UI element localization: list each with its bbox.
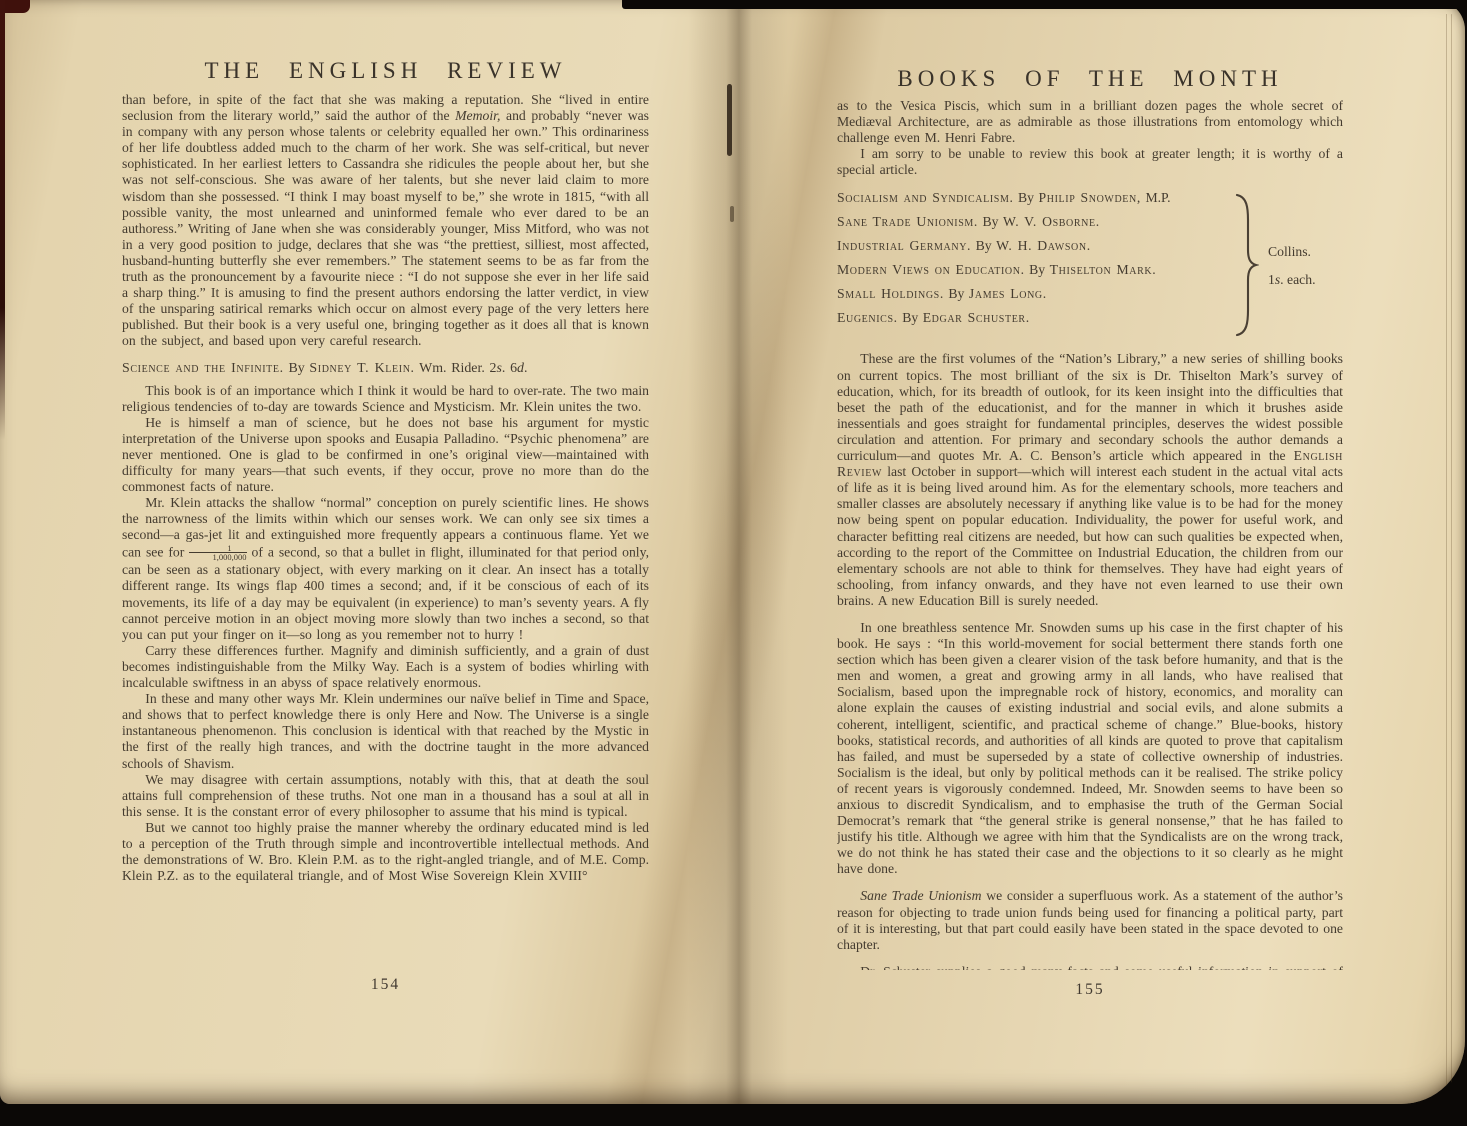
paragraph: I am sorry to be unable to review this b… [837, 146, 1343, 178]
book-list-item: Small Holdings. By James Long. [837, 287, 1233, 302]
brace-icon [1233, 191, 1259, 339]
paragraph: This book is of an importance which I th… [122, 383, 649, 415]
book-list-item: Sane Trade Unionism. By W. V. Osborne. [837, 215, 1233, 230]
right-page-reviews: These are the first volumes of the “Nati… [837, 351, 1343, 970]
paragraph: Dr. Schuster supplies a good many facts … [837, 964, 1343, 970]
paragraph: In these and many other ways Mr. Klein u… [122, 691, 649, 771]
page-edges [1442, 14, 1456, 1086]
paragraph: But we cannot too highly praise the mann… [122, 820, 649, 884]
review-heading: Science and the Infinite. By Sidney T. K… [122, 361, 649, 377]
cover-edge [0, 0, 5, 440]
page-title: BOOKS OF THE MONTH [837, 66, 1343, 92]
page-title: THE ENGLISH REVIEW [122, 58, 649, 84]
fraction: 11,000,000 [189, 544, 246, 563]
publisher-label: Collins. [1268, 244, 1343, 259]
paragraph: In one breathless sentence Mr. Snowden s… [837, 620, 1343, 878]
book-list-items: Socialism and Syndicalism. By Philip Sno… [837, 191, 1233, 339]
paragraph: Mr. Klein attacks the shallow “normal” c… [122, 495, 649, 643]
paragraph: than before, in spite of the fact that s… [122, 92, 649, 350]
left-page-body: than before, in spite of the fact that s… [122, 92, 649, 968]
book-list-item: Socialism and Syndicalism. By Philip Sno… [837, 191, 1233, 206]
paragraph: We may disagree with certain assumptions… [122, 772, 649, 820]
right-page-intro: as to the Vesica Piscis, which sum in a … [837, 98, 1343, 178]
paragraph: Carry these differences further. Magnify… [122, 643, 649, 691]
left-page: THE ENGLISH REVIEW than before, in spite… [0, 0, 733, 1104]
right-page: BOOKS OF THE MONTH as to the Vesica Pisc… [733, 0, 1467, 1104]
paragraph: Sane Trade Unionism we consider a superf… [837, 888, 1343, 952]
book-list: Socialism and Syndicalism. By Philip Sno… [837, 191, 1343, 339]
binding-stitch-small [730, 206, 734, 222]
imprint: Collins. 1s. each. [1259, 191, 1343, 339]
book-list-item: Industrial Germany. By W. H. Dawson. [837, 239, 1233, 254]
book-spread: THE ENGLISH REVIEW than before, in spite… [0, 0, 1465, 1104]
paragraph: These are the first volumes of the “Nati… [837, 351, 1343, 609]
book-list-item: Eugenics. By Edgar Schuster. [837, 311, 1233, 326]
page-number: 154 [122, 976, 649, 994]
book-list-item: Modern Views on Education. By Thiselton … [837, 263, 1233, 278]
background-top-edge [622, 0, 1467, 9]
right-page-body: as to the Vesica Piscis, which sum in a … [837, 98, 1343, 970]
price-label: 1s. each. [1268, 272, 1343, 287]
paragraph: as to the Vesica Piscis, which sum in a … [837, 98, 1343, 146]
binding-stitch [727, 84, 732, 156]
paragraph: He is himself a man of science, but he d… [122, 415, 649, 495]
page-number: 155 [837, 981, 1343, 999]
